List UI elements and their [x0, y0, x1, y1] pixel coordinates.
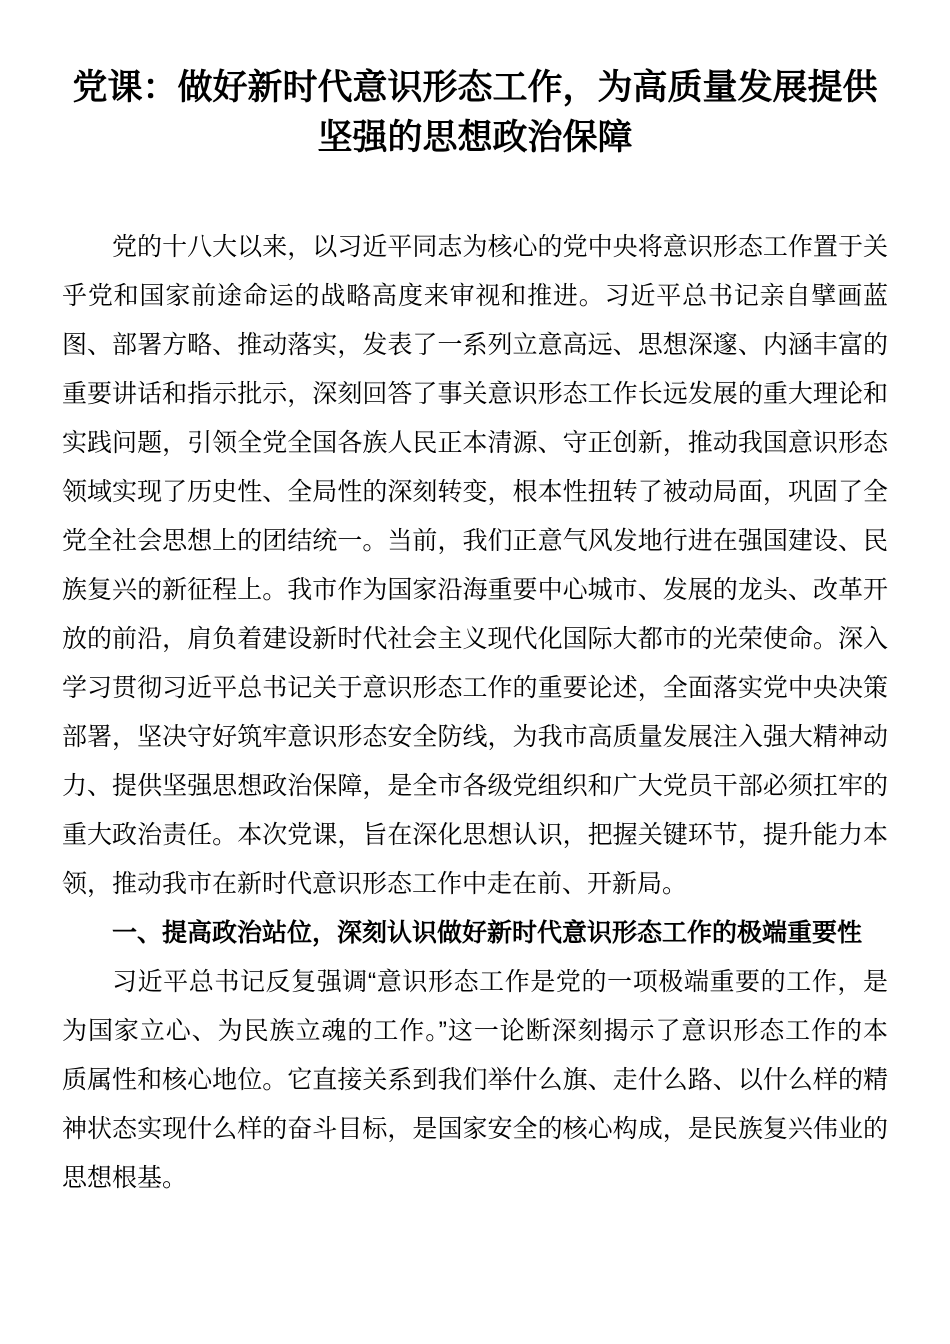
paragraph-2-line-1: 习近平总书记反复强调“意识形态工作是党的一项极端重要的工作，是	[62, 958, 888, 1007]
paragraph-1: 党的十八大以来，以习近平同志为核心的党中央将意识形态工作置于关 乎党和国家前途命…	[62, 223, 888, 909]
paragraph-1-line-11: 部署，坚决守好筑牢意识形态安全防线，为我市高质量发展注入强大精神动	[62, 713, 888, 762]
section-heading-1: 一、提高政治站位，深刻认识做好新时代意识形态工作的极端重要性	[62, 909, 888, 958]
paragraph-2-line-5: 思想根基。	[62, 1154, 888, 1203]
paragraph-1-line-12: 力、提供坚强思想政治保障，是全市各级党组织和广大党员干部必须扛牢的	[62, 762, 888, 811]
paragraph-2-line-4: 神状态实现什么样的奋斗目标，是国家安全的核心构成，是民族复兴伟业的	[62, 1105, 888, 1154]
paragraph-1-line-5: 实践问题，引领全党全国各族人民正本清源、守正创新，推动我国意识形态	[62, 419, 888, 468]
paragraph-1-line-3: 图、部署方略、推动落实，发表了一系列立意高远、思想深邃、内涵丰富的	[62, 321, 888, 370]
paragraph-1-line-1: 党的十八大以来，以习近平同志为核心的党中央将意识形态工作置于关	[62, 223, 888, 272]
title-line-2: 坚强的思想政治保障	[62, 113, 888, 163]
title-line-1: 党课：做好新时代意识形态工作，为高质量发展提供	[62, 63, 888, 113]
paragraph-1-line-2: 乎党和国家前途命运的战略高度来审视和推进。习近平总书记亲自擘画蓝	[62, 272, 888, 321]
paragraph-1-line-13: 重大政治责任。本次党课，旨在深化思想认识，把握关键环节，提升能力本	[62, 811, 888, 860]
paragraph-2: 习近平总书记反复强调“意识形态工作是党的一项极端重要的工作，是 为国家立心、为民…	[62, 958, 888, 1203]
title-body-spacer	[62, 163, 888, 223]
paragraph-1-line-4: 重要讲话和指示批示，深刻回答了事关意识形态工作长远发展的重大理论和	[62, 370, 888, 419]
paragraph-1-line-7: 党全社会思想上的团结统一。当前，我们正意气风发地行进在强国建设、民	[62, 517, 888, 566]
paragraph-1-line-9: 放的前沿，肩负着建设新时代社会主义现代化国际大都市的光荣使命。深入	[62, 615, 888, 664]
document-title: 党课：做好新时代意识形态工作，为高质量发展提供 坚强的思想政治保障	[62, 63, 888, 163]
paragraph-1-line-10: 学习贯彻习近平总书记关于意识形态工作的重要论述，全面落实党中央决策	[62, 664, 888, 713]
paragraph-2-line-2: 为国家立心、为民族立魂的工作。”这一论断深刻揭示了意识形态工作的本	[62, 1007, 888, 1056]
paragraph-2-line-3: 质属性和核心地位。它直接关系到我们举什么旗、走什么路、以什么样的精	[62, 1056, 888, 1105]
paragraph-1-line-6: 领域实现了历史性、全局性的深刻转变，根本性扭转了被动局面，巩固了全	[62, 468, 888, 517]
paragraph-1-line-14: 领，推动我市在新时代意识形态工作中走在前、开新局。	[62, 860, 888, 909]
paragraph-1-line-8: 族复兴的新征程上。我市作为国家沿海重要中心城市、发展的龙头、改革开	[62, 566, 888, 615]
document-page: 党课：做好新时代意识形态工作，为高质量发展提供 坚强的思想政治保障 党的十八大以…	[0, 0, 950, 1203]
